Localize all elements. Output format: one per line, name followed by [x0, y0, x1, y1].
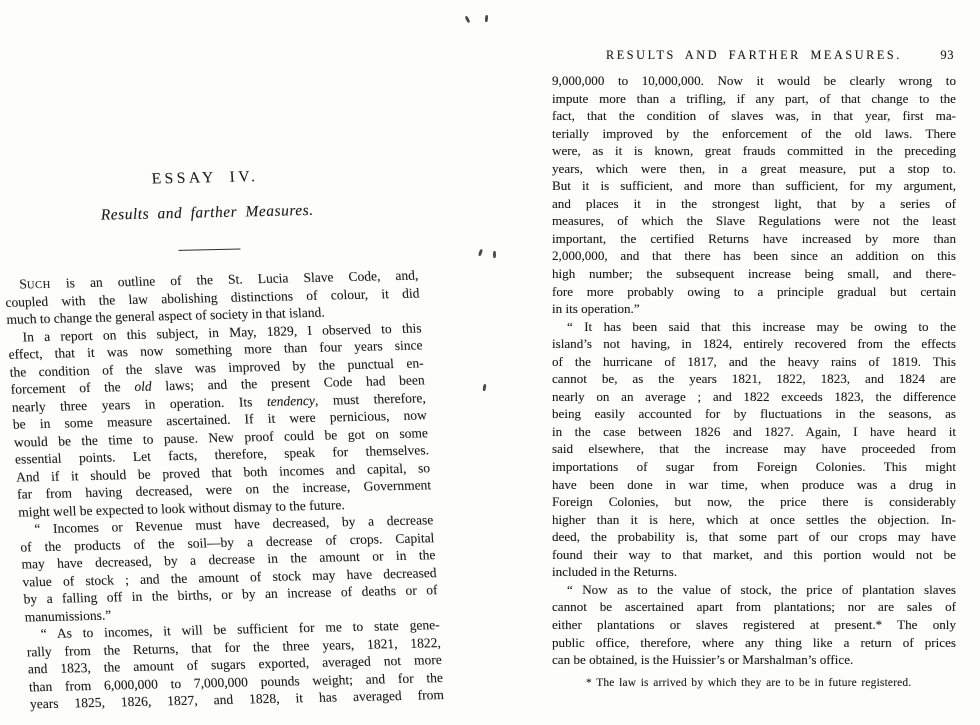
essay-heading: ESSAY IV.	[0, 165, 413, 192]
text-line: “ Now as to the value of stock, the pric…	[552, 581, 956, 599]
text-line: in the case between 1826 and 1827. Again…	[552, 423, 956, 441]
scan-artifact	[485, 15, 488, 22]
right-page-body: 9,000,000 to 10,000,000. Now it would be…	[552, 72, 956, 669]
paragraph: 9,000,000 to 10,000,000. Now it would be…	[552, 72, 956, 318]
text-line: island’s not having, in 1824, entirely r…	[552, 335, 956, 353]
scan-artifact	[493, 251, 496, 258]
text-line: found their way to that market, and this…	[552, 546, 956, 564]
right-page: RESULTS AND FARTHER MEASURES. 93 9,000,0…	[552, 47, 956, 690]
text-line: of the hurricane of 1817, and the heavy …	[552, 353, 956, 371]
text-line: But it is sufficient, and more than suff…	[552, 177, 956, 195]
text-line: fore more probably owing to a principle …	[552, 283, 956, 301]
footnote: * The law is arrived by which they are t…	[552, 676, 956, 690]
text-line: impute more than a trifling, if any part…	[552, 90, 956, 108]
section-divider	[178, 249, 240, 251]
text-line: years, which were then, in a great measu…	[552, 160, 956, 178]
running-header: RESULTS AND FARTHER MEASURES. 93	[552, 47, 956, 63]
scan-spread: ESSAY IV. Results and farther Measures. …	[0, 0, 980, 725]
text-line: can be obtained, is the Huissier’s or Ma…	[552, 651, 956, 669]
text-line: importations of sugar from Foreign Colon…	[552, 458, 956, 476]
paragraph: SUCH is an outline of the St. Lucia Slav…	[4, 266, 421, 328]
paragraph: In a report on this subject, in May, 182…	[7, 319, 433, 521]
text-line: either plantations or slaves registered …	[552, 616, 956, 634]
scan-artifact	[482, 384, 486, 391]
text-line: terially improved by the enforcement of …	[552, 125, 956, 143]
text-line: public office, therefore, where any thin…	[552, 634, 956, 652]
page-number: 93	[940, 47, 954, 63]
scan-artifact	[465, 16, 470, 23]
text-line: Foreign Colonies, but now, the price the…	[552, 493, 956, 511]
text-line: fact, that the condition of slaves was, …	[552, 107, 956, 125]
text-line: nearly on an average ; and 1822 exceeds …	[552, 388, 956, 406]
text-line: 2,000,000, and that there has been since…	[552, 247, 956, 265]
text-line: in its operation.”	[552, 300, 956, 318]
text-line: said elsewhere, that the increase may ha…	[552, 440, 956, 458]
paragraph: “ Incomes or Revenue must have decreased…	[19, 511, 439, 625]
paragraph: “ As to incomes, it will be sufficient f…	[25, 616, 444, 713]
text-line: “ It has been said that this increase ma…	[552, 318, 956, 336]
scan-artifact	[478, 249, 483, 256]
text-line: being easily accounted for by fluctuatio…	[552, 405, 956, 423]
text-line: were, as it is known, great frauds commi…	[552, 142, 956, 160]
text-line: cannot be, as the years 1821, 1822, 1823…	[552, 370, 956, 388]
paragraph: “ It has been said that this increase ma…	[552, 318, 956, 581]
left-page-body: SUCH is an outline of the St. Lucia Slav…	[4, 266, 445, 712]
running-header-title: RESULTS AND FARTHER MEASURES.	[606, 48, 902, 62]
text-line: high number; the subsequent increase bei…	[552, 265, 956, 283]
text-line: cannot be ascertained apart from plantat…	[552, 598, 956, 616]
text-line: higher than it is here, which at once se…	[552, 511, 956, 529]
text-line: have been done in war time, when produce…	[552, 476, 956, 494]
text-line: deed, the probability is, that some part…	[552, 528, 956, 546]
left-page: ESSAY IV. Results and farther Measures. …	[0, 165, 444, 713]
text-line: included in the Returns.	[552, 563, 956, 581]
text-line: important, the certified Returns have in…	[552, 230, 956, 248]
paragraph: “ Now as to the value of stock, the pric…	[552, 581, 956, 669]
text-line: measures, of which the Slave Regulations…	[552, 212, 956, 230]
text-line: 9,000,000 to 10,000,000. Now it would be…	[552, 72, 956, 90]
text-line: and places it in the strongest light, th…	[552, 195, 956, 213]
essay-subheading: Results and farther Measures.	[0, 200, 415, 227]
